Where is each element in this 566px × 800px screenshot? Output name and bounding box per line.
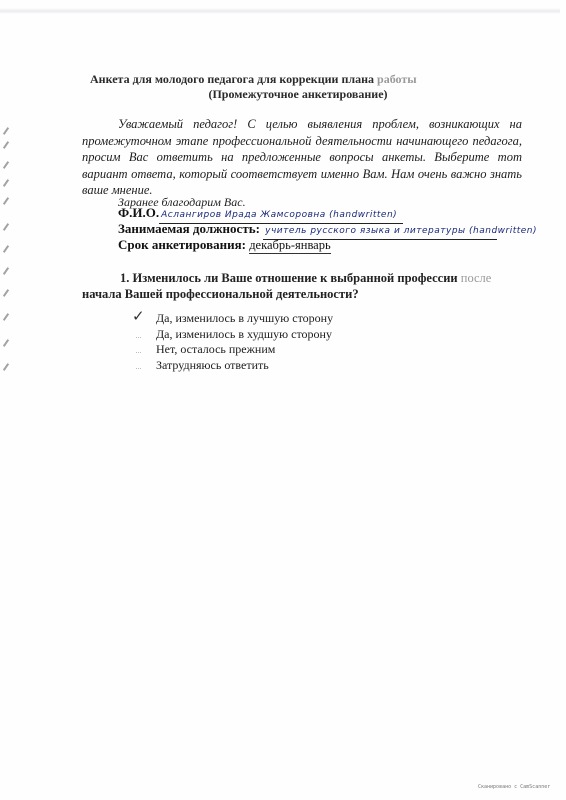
question-1: 1. Изменилось ли Ваше отношение к выбран… — [82, 270, 528, 302]
option-label: Да, изменилось в худшую сторону — [156, 327, 332, 341]
intro-lead: Уважаемый педагог! С целью выявления про… — [118, 117, 500, 131]
empty-mark-icon — [136, 348, 141, 353]
answer-options: ✓ Да, изменилось в лучшую сторону Да, из… — [132, 311, 333, 373]
field-period: Срок анкетирования: декабрь-январь — [118, 237, 331, 254]
option-worse[interactable]: Да, изменилось в худшую сторону — [132, 327, 333, 343]
option-label: Да, изменилось в лучшую сторону — [156, 311, 333, 325]
option-label: Нет, осталось прежним — [156, 342, 275, 356]
checkmark-icon: ✓ — [132, 309, 145, 325]
left-edge-artifacts — [2, 130, 12, 400]
field-position-label: Занимаемая должность: — [118, 221, 260, 236]
empty-mark-icon — [136, 333, 141, 338]
scanner-watermark: Сканировано с CamScanner — [478, 784, 550, 790]
intro-paragraph: Уважаемый педагог! С целью выявления про… — [82, 116, 522, 199]
option-undecided[interactable]: Затрудняюсь ответить — [132, 358, 333, 374]
option-label: Затрудняюсь ответить — [156, 358, 269, 372]
question-text-line-2: начала Вашей профессиональной деятельнос… — [82, 287, 359, 301]
title-line-1: Анкета для молодого педагога для коррекц… — [90, 72, 374, 86]
question-text: Изменилось ли Ваше отношение к выбранной… — [133, 271, 458, 285]
scanned-page: Анкета для молодого педагога для коррекц… — [0, 0, 566, 800]
field-period-value[interactable]: декабрь-январь — [249, 237, 331, 254]
option-unchanged[interactable]: Нет, осталось прежним — [132, 342, 333, 358]
field-period-label: Срок анкетирования: — [118, 237, 246, 252]
empty-mark-icon — [136, 364, 141, 369]
field-fio-label: Ф.И.О. — [118, 205, 159, 220]
title-line-2: (Промежуточное анкетирование) — [0, 87, 566, 102]
scan-artifact-top — [0, 8, 560, 14]
title-line-1-faded: работы — [374, 72, 417, 86]
question-text-faded: после — [458, 271, 492, 285]
document-title: Анкета для молодого педагога для коррекц… — [0, 72, 566, 102]
option-better[interactable]: ✓ Да, изменилось в лучшую сторону — [132, 311, 333, 327]
question-number: 1. — [120, 271, 129, 285]
